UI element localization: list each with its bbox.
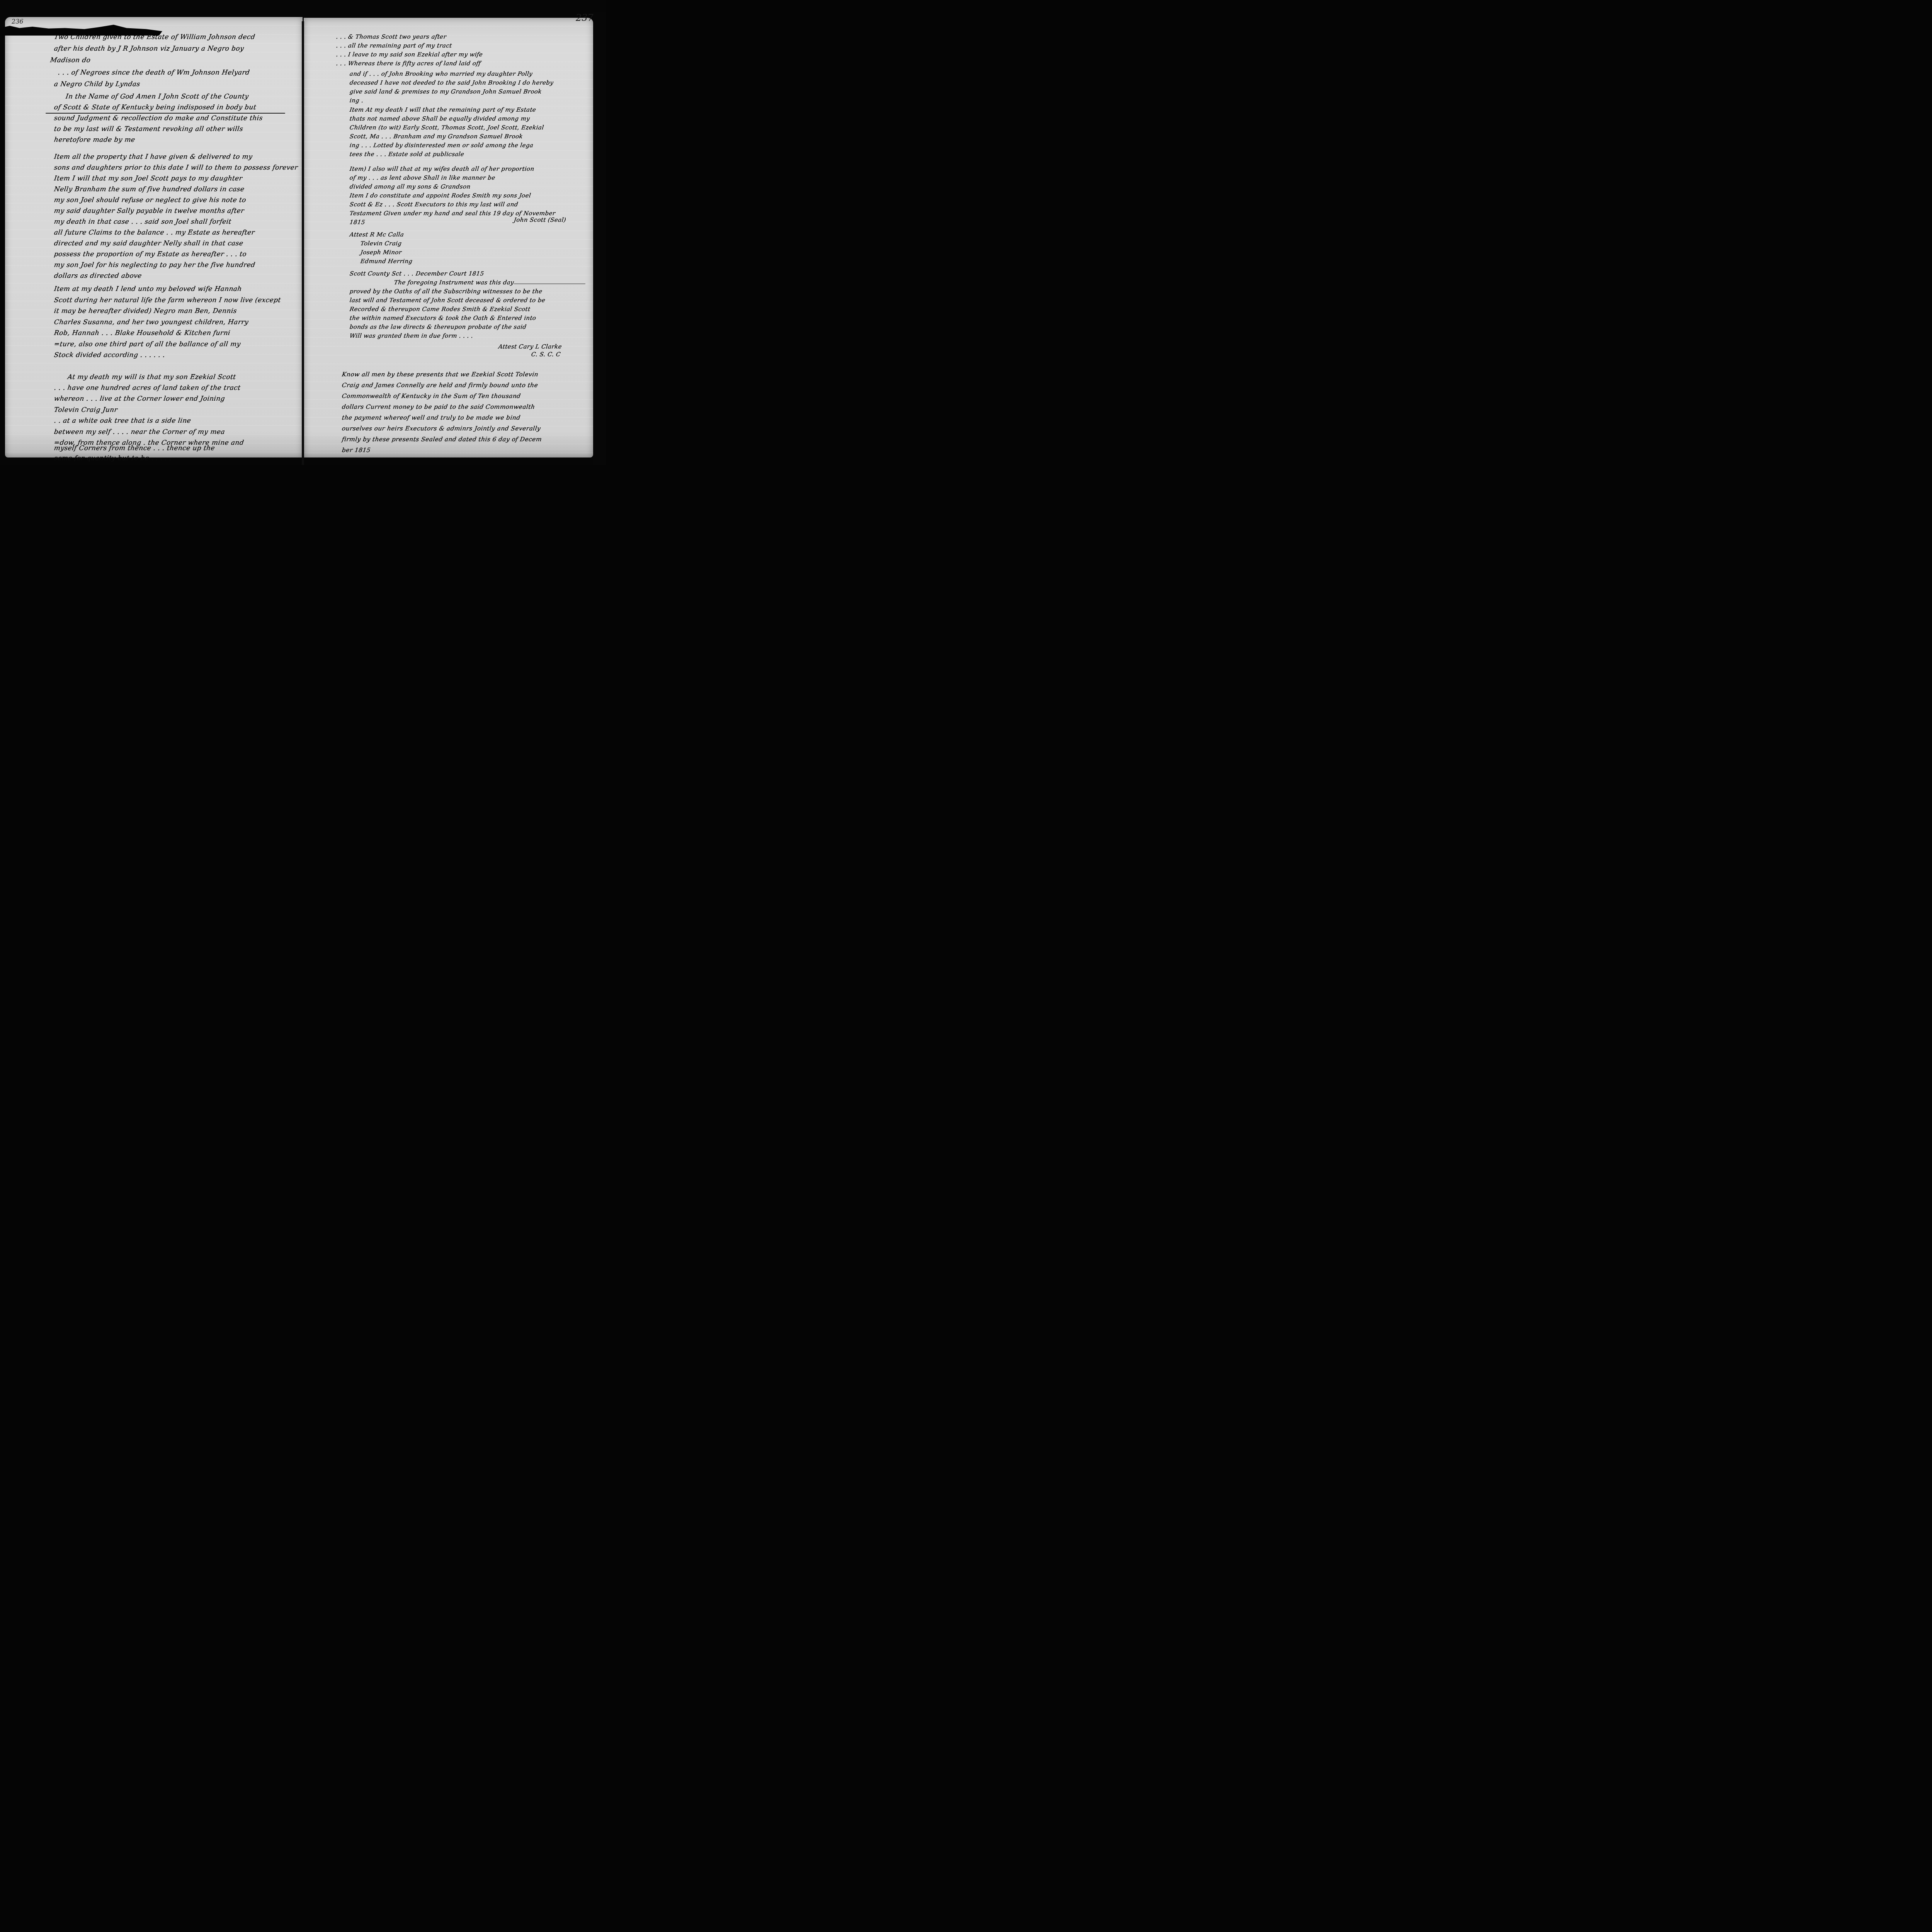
handwritten-line: divided among all my sons & Grandson xyxy=(349,183,471,190)
handwritten-line: deceased I have not deeded to the said J… xyxy=(349,79,554,86)
handwritten-line: C. S. C. C xyxy=(531,351,561,358)
handwritten-line: give said land & premises to my Grandson… xyxy=(349,88,542,95)
handwritten-line: a Negro Child by Lyndas xyxy=(54,80,141,88)
handwritten-line: to be my last will & Testament revoking … xyxy=(54,125,244,133)
handwritten-line: of my . . . as lent above Shall in like … xyxy=(349,174,496,181)
left-page-number: 236 xyxy=(12,18,24,25)
handwritten-line: At my death my will is that my son Ezeki… xyxy=(67,373,236,381)
handwritten-line: . . . of Negroes since the death of Wm J… xyxy=(58,69,250,77)
handwritten-line: bonds as the law directs & thereupon pro… xyxy=(349,323,527,330)
handwritten-line: sons and daughters prior to this date I … xyxy=(54,164,299,172)
handwritten-line: Scott & Ez . . . Scott Executors to this… xyxy=(349,201,519,208)
handwritten-line: . . . & Thomas Scott two years after xyxy=(336,33,447,40)
handwritten-line: Tolevin Craig xyxy=(360,240,402,247)
right-page-number: 237 xyxy=(576,12,594,23)
handwritten-line: 1815 xyxy=(349,219,366,226)
handwritten-line: Nelly Branham the sum of five hundred do… xyxy=(54,185,245,193)
handwritten-line: the payment whereof well and truly to be… xyxy=(342,414,521,421)
handwritten-line: John Scott (Seal) xyxy=(514,216,567,223)
handwritten-line: between my self . . . . near the Corner … xyxy=(54,428,226,436)
handwritten-line: . . . Whereas there is fifty acres of la… xyxy=(336,60,481,67)
handwritten-line: Scott County Sct . . . December Court 18… xyxy=(349,270,485,277)
handwritten-line: =ture, also one third part of all the ba… xyxy=(54,340,241,348)
handwritten-line: Item all the property that I have given … xyxy=(54,153,253,161)
handwritten-line: Charles Susanna, and her two youngest ch… xyxy=(54,318,249,326)
handwritten-line: myself Corners from thence . . . thence … xyxy=(54,444,216,452)
handwritten-line: heretofore made by me xyxy=(54,136,136,144)
handwritten-line: sound Judgment & recollection do make an… xyxy=(54,114,264,122)
handwritten-line: possess the proportion of my Estate as h… xyxy=(54,250,247,258)
handwritten-line: Madison do xyxy=(50,56,91,64)
handwritten-line: Scott during her natural life the farm w… xyxy=(54,296,281,304)
handwritten-line: Know all men by these presents that we E… xyxy=(342,371,539,378)
handwritten-line: Item I will that my son Joel Scott pays … xyxy=(54,175,243,182)
handwritten-line: proved by the Oaths of all the Subscribi… xyxy=(349,288,543,295)
handwritten-line: Attest Cary L Clarke xyxy=(498,343,562,350)
signature-rule xyxy=(514,284,585,284)
handwritten-line: Item At my death I will that the remaini… xyxy=(349,106,537,113)
handwritten-line: same for quantity but to be . . . . . xyxy=(54,454,172,462)
handwritten-line: Stock divided according . . . . . . xyxy=(54,351,166,359)
handwritten-line: Item at my death I lend unto my beloved … xyxy=(54,285,243,293)
handwritten-line: all future Claims to the balance . . my … xyxy=(54,229,255,236)
handwritten-line: The foregoing Instrument was this day xyxy=(394,279,515,286)
handwritten-line: thats not named above Shall be equally d… xyxy=(349,115,531,122)
handwritten-line: dollars as directed above xyxy=(54,272,143,280)
handwritten-line: it may be hereafter divided) Negro man B… xyxy=(54,307,238,315)
handwritten-line: In the Name of God Amen I John Scott of … xyxy=(65,93,249,100)
handwritten-line: the within named Executors & took the Oa… xyxy=(349,315,537,321)
handwritten-line: dollars Current money to be paid to the … xyxy=(342,403,536,410)
handwritten-line: Joseph Minor xyxy=(360,249,402,256)
handwritten-line: . . . all the remaining part of my tract xyxy=(336,42,452,49)
handwritten-line: my son Joel should refuse or neglect to … xyxy=(54,196,247,204)
handwritten-line: last will and Testament of John Scott de… xyxy=(349,297,546,304)
handwritten-line: my death in that case . . . said son Joe… xyxy=(54,218,232,226)
handwritten-line: Testament Given under my hand and seal t… xyxy=(349,210,556,217)
handwritten-line: of Scott & State of Kentucky being indis… xyxy=(54,104,257,111)
handwritten-line: Children (to wit) Early Scott, Thomas Sc… xyxy=(349,124,544,131)
handwritten-line: Craig and James Connelly are held and fi… xyxy=(342,382,539,389)
handwritten-line: Recorded & thereupon Came Rodes Smith & … xyxy=(349,306,531,313)
handwritten-line: Item I do constitute and appoint Rodes S… xyxy=(349,192,532,199)
handwritten-line: . . . have one hundred acres of land tak… xyxy=(54,384,241,392)
handwritten-line: my son Joel for his neglecting to pay he… xyxy=(54,261,256,269)
handwritten-line: Item) I also will that at my wifes death… xyxy=(349,165,535,172)
page-gutter xyxy=(302,21,304,465)
handwritten-line: Will was granted them in due form . . . … xyxy=(349,332,474,339)
handwritten-line: directed and my said daughter Nelly shal… xyxy=(54,240,244,247)
handwritten-line: my said daughter Sally payable in twelve… xyxy=(54,207,245,215)
handwritten-line: Scott, Ma . . . Branham and my Grandson … xyxy=(349,133,524,140)
section-divider-rule xyxy=(46,113,285,114)
handwritten-line: tees the . . . Estate sold at publicsale xyxy=(349,151,465,158)
handwritten-line: . . at a white oak tree that is a side l… xyxy=(54,417,192,425)
handwritten-line: Two Children given to the Estate of Will… xyxy=(54,33,256,41)
handwritten-line: ing . xyxy=(349,97,364,104)
film-right-edge xyxy=(593,12,606,465)
handwritten-line: ourselves our heirs Executors & adminrs … xyxy=(342,425,541,432)
handwritten-line: whereon . . . live at the Corner lower e… xyxy=(54,395,226,403)
handwritten-line: firmly by these presents Sealed and date… xyxy=(342,436,542,443)
handwritten-line: and if . . . of John Brooking who marrie… xyxy=(349,70,533,77)
handwritten-line: Edmund Herring xyxy=(360,258,413,265)
handwritten-line: Commonwealth of Kentucky in the Sum of T… xyxy=(342,393,521,400)
handwritten-line: . . . I leave to my said son Ezekial aft… xyxy=(336,51,483,58)
handwritten-line: Attest R Mc Calla xyxy=(349,231,405,238)
handwritten-line: after his death by J R Johnson viz Janua… xyxy=(54,45,245,53)
handwritten-line: Tolevin Craig Junr xyxy=(54,406,118,414)
handwritten-line: Rob, Hannah . . . Blake Household & Kitc… xyxy=(54,329,231,337)
handwritten-line: ber 1815 xyxy=(342,447,371,454)
handwritten-line: ing . . . Lotted by disinterested men or… xyxy=(349,142,534,149)
